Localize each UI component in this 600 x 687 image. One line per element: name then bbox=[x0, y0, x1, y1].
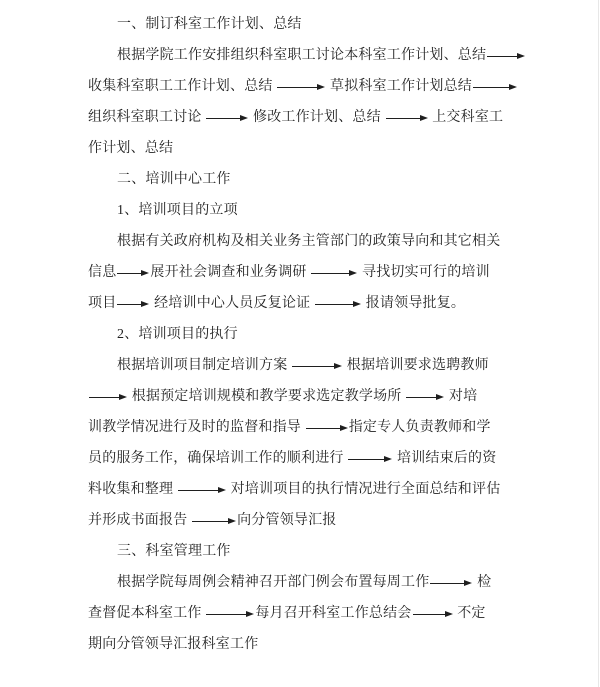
text-line: 1、培训项目的立项 bbox=[88, 195, 548, 226]
arrow-right-icon bbox=[413, 611, 453, 617]
text-line: 根据培训项目制定培训方案 根据培训要求选聘教师 bbox=[88, 350, 548, 381]
text-run: 1、培训项目的立项 bbox=[117, 203, 238, 218]
text-run: 二、培训中心工作 bbox=[117, 172, 231, 187]
text-line: 二、培训中心工作 bbox=[88, 164, 548, 195]
text-line: 作计划、总结 bbox=[88, 133, 548, 164]
text-run: 展开社会调查和业务调研 bbox=[150, 265, 310, 280]
arrow-right-icon bbox=[117, 270, 149, 276]
arrow-right-icon bbox=[473, 84, 517, 90]
arrow-right-icon bbox=[487, 53, 525, 59]
text-run: 项目 bbox=[88, 296, 116, 311]
text-run: 经培训中心人员反复论证 bbox=[150, 296, 314, 311]
arrow-right-icon bbox=[206, 115, 248, 121]
page-edge-line bbox=[598, 0, 600, 687]
text-run: 草拟科室工作计划总结 bbox=[326, 79, 472, 94]
arrow-right-icon bbox=[311, 270, 357, 276]
text-run: 报请领导批复。 bbox=[362, 296, 465, 311]
text-run: 根据有关政府机构及相关业务主管部门的政策导向和其它相关 bbox=[117, 234, 500, 249]
text-line: 训教学情况进行及时的监督和指导 指定专人负责教师和学 bbox=[88, 412, 548, 443]
text-run: 不定 bbox=[454, 606, 486, 621]
arrow-right-icon bbox=[348, 456, 392, 462]
text-run: 料收集和整理 bbox=[88, 482, 177, 497]
text-line: 根据有关政府机构及相关业务主管部门的政策导向和其它相关 bbox=[88, 226, 548, 257]
text-line: 三、科室管理工作 bbox=[88, 536, 548, 567]
text-run: 并形成书面报告 bbox=[88, 513, 191, 528]
arrow-right-icon bbox=[178, 487, 226, 493]
document-page: 一、制订科室工作计划、总结根据学院工作安排组织科室职工讨论本科室工作计划、总结收… bbox=[0, 0, 600, 687]
text-line: 料收集和整理 对培训项目的执行情况进行全面总结和评估 bbox=[88, 474, 548, 505]
text-line: 员的服务工作，确保培训工作的顺利进行 培训结束后的资 bbox=[88, 443, 548, 474]
arrow-right-icon bbox=[206, 611, 254, 617]
text-run: 作计划、总结 bbox=[88, 141, 173, 156]
text-run: 寻找切实可行的培训 bbox=[358, 265, 490, 280]
arrow-right-icon bbox=[277, 84, 325, 90]
text-run: 期向分管领导汇报科室工作 bbox=[88, 637, 258, 652]
text-run: 一、制订科室工作计划、总结 bbox=[117, 17, 302, 32]
arrow-right-icon bbox=[292, 363, 342, 369]
text-run: 训教学情况进行及时的监督和指导 bbox=[88, 420, 305, 435]
text-line: 项目 经培训中心人员反复论证 报请领导批复。 bbox=[88, 288, 548, 319]
text-run: 检 bbox=[473, 575, 491, 590]
text-run: 根据预定培训规模和教学要求选定教学场所 bbox=[128, 389, 405, 404]
text-run: 向分管领导汇报 bbox=[237, 513, 336, 528]
text-line: 一、制订科室工作计划、总结 bbox=[88, 9, 548, 40]
text-run: 三、科室管理工作 bbox=[117, 544, 231, 559]
text-line: 查督促本科室工作 每月召开科室工作总结会 不定 bbox=[88, 598, 548, 629]
arrow-right-icon bbox=[315, 301, 361, 307]
text-run: 培训结束后的资 bbox=[393, 451, 496, 466]
document-content: 一、制订科室工作计划、总结根据学院工作安排组织科室职工讨论本科室工作计划、总结收… bbox=[88, 9, 548, 660]
text-line: 组织科室职工讨论 修改工作计划、总结 上交科室工 bbox=[88, 102, 548, 133]
arrow-right-icon bbox=[430, 580, 472, 586]
arrow-right-icon bbox=[406, 394, 444, 400]
text-run: 指定专人负责教师和学 bbox=[349, 420, 491, 435]
arrow-right-icon bbox=[386, 115, 428, 121]
text-run: 对培 bbox=[445, 389, 477, 404]
text-line: 2、培训项目的执行 bbox=[88, 319, 548, 350]
text-line: 期向分管领导汇报科室工作 bbox=[88, 629, 548, 660]
text-line: 根据学院每周例会精神召开部门例会布置每周工作 检 bbox=[88, 567, 548, 598]
text-line: 信息展开社会调查和业务调研 寻找切实可行的培训 bbox=[88, 257, 548, 288]
text-line: 根据预定培训规模和教学要求选定教学场所 对培 bbox=[88, 381, 548, 412]
arrow-right-icon bbox=[89, 394, 127, 400]
text-run: 2、培训项目的执行 bbox=[117, 327, 238, 342]
text-run: 组织科室职工讨论 bbox=[88, 110, 205, 125]
arrow-right-icon bbox=[306, 425, 348, 431]
text-run: 根据学院工作安排组织科室职工讨论本科室工作计划、总结 bbox=[117, 48, 486, 63]
text-run: 对培训项目的执行情况进行全面总结和评估 bbox=[227, 482, 501, 497]
text-run: 根据学院每周例会精神召开部门例会布置每周工作 bbox=[117, 575, 429, 590]
text-run: 每月召开科室工作总结会 bbox=[255, 606, 411, 621]
text-run: 上交科室工 bbox=[429, 110, 504, 125]
text-run: 收集科室职工工作计划、总结 bbox=[88, 79, 276, 94]
text-run: 员的服务工作，确保培训工作的顺利进行 bbox=[88, 451, 347, 466]
text-line: 并形成书面报告 向分管领导汇报 bbox=[88, 505, 548, 536]
text-run: 根据培训要求选聘教师 bbox=[343, 358, 489, 373]
text-run: 信息 bbox=[88, 265, 116, 280]
text-run: 查督促本科室工作 bbox=[88, 606, 205, 621]
text-run: 修改工作计划、总结 bbox=[249, 110, 384, 125]
arrow-right-icon bbox=[117, 301, 149, 307]
text-run: 根据培训项目制定培训方案 bbox=[117, 358, 291, 373]
text-line: 收集科室职工工作计划、总结 草拟科室工作计划总结 bbox=[88, 71, 548, 102]
text-line: 根据学院工作安排组织科室职工讨论本科室工作计划、总结 bbox=[88, 40, 548, 71]
arrow-right-icon bbox=[192, 518, 236, 524]
